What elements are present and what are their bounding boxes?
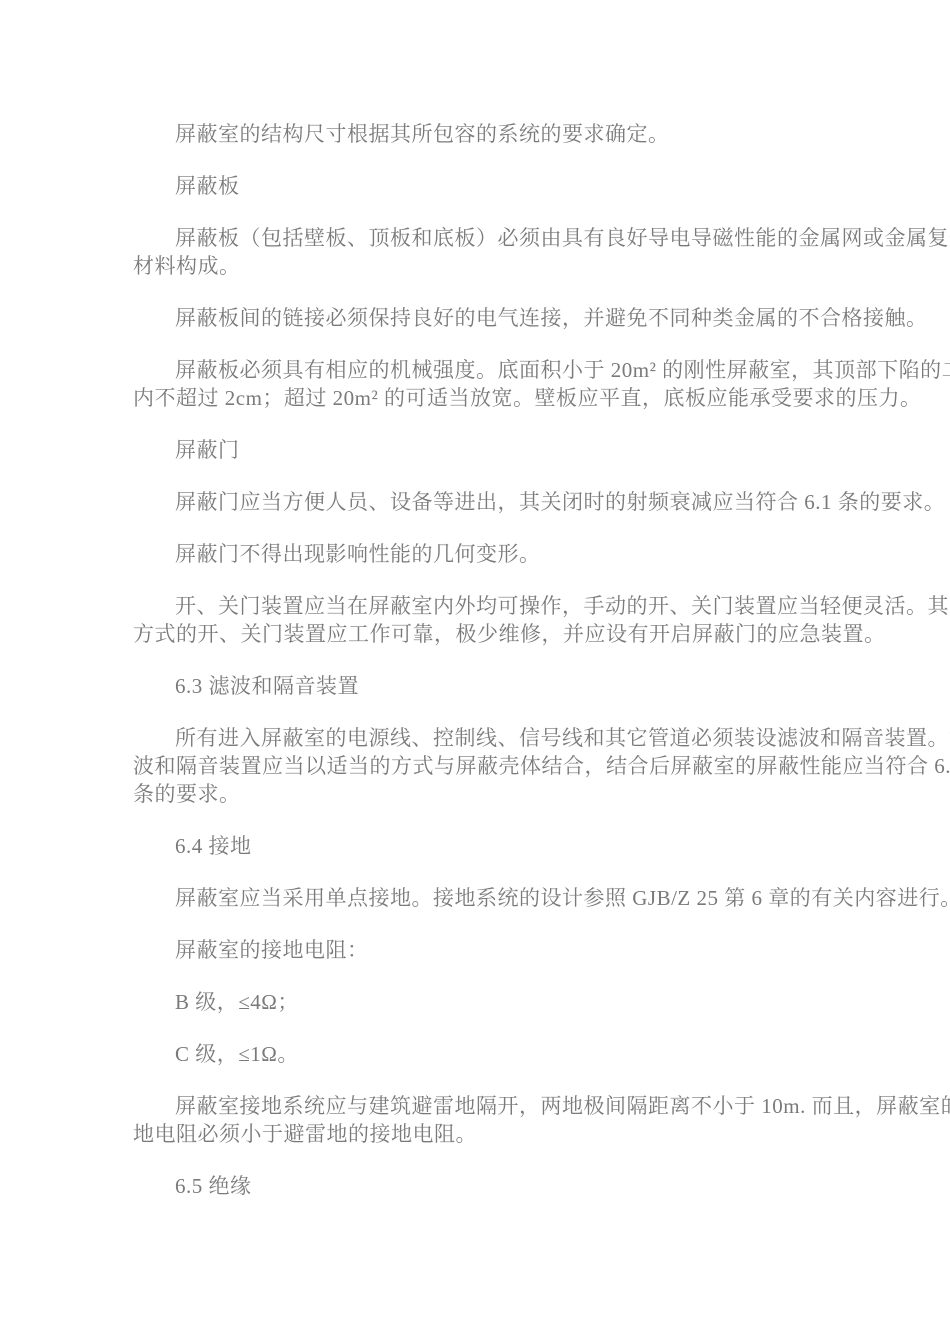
body-paragraph: 开、关门装置应当在屏蔽室内外均可操作，手动的开、关门装置应当轻便灵活。其它 方式… <box>133 592 850 648</box>
subsection-heading-shield-panel: 屏蔽板 <box>133 172 850 200</box>
paragraph-line: 内不超过 2cm；超过 20m² 的可适当放宽。壁板应平直，底板应能承受要求的压… <box>133 384 850 412</box>
paragraph-line: 屏蔽室的结构尺寸根据其所包容的系统的要求确定。 <box>133 120 850 148</box>
paragraph-line: B 级，≤4Ω； <box>133 988 850 1016</box>
body-paragraph: 屏蔽门不得出现影响性能的几何变形。 <box>133 540 850 568</box>
body-paragraph: 屏蔽室应当采用单点接地。接地系统的设计参照 GJB/Z 25 第 6 章的有关内… <box>133 884 850 912</box>
paragraph-line: 所有进入屏蔽室的电源线、控制线、信号线和其它管道必须装设滤波和隔音装置。滤 <box>133 724 850 752</box>
document-page: 屏蔽室的结构尺寸根据其所包容的系统的要求确定。 屏蔽板 屏蔽板（包括壁板、顶板和… <box>0 0 950 1344</box>
paragraph-line: 波和隔音装置应当以适当的方式与屏蔽壳体结合，结合后屏蔽室的屏蔽性能应当符合 6.… <box>133 752 850 780</box>
paragraph-line: 屏蔽室接地系统应与建筑避雷地隔开，两地极间隔距离不小于 10m. 而且，屏蔽室的… <box>133 1092 850 1120</box>
heading-line: 屏蔽板 <box>133 172 850 200</box>
section-heading-6-4: 6.4 接地 <box>133 832 850 860</box>
body-paragraph: 屏蔽室接地系统应与建筑避雷地隔开，两地极间隔距离不小于 10m. 而且，屏蔽室的… <box>133 1092 850 1148</box>
body-paragraph: 屏蔽板必须具有相应的机械强度。底面积小于 20m² 的刚性屏蔽室，其顶部下陷的二… <box>133 356 850 412</box>
body-paragraph: 屏蔽板（包括壁板、顶板和底板）必须由具有良好导电导磁性能的金属网或金属复合 材料… <box>133 224 850 280</box>
paragraph-line: 开、关门装置应当在屏蔽室内外均可操作，手动的开、关门装置应当轻便灵活。其它 <box>133 592 850 620</box>
heading-line: 屏蔽门 <box>133 436 850 464</box>
paragraph-line: 材料构成。 <box>133 252 850 280</box>
heading-line: 6.5 绝缘 <box>133 1172 850 1200</box>
paragraph-line: 屏蔽板必须具有相应的机械强度。底面积小于 20m² 的刚性屏蔽室，其顶部下陷的二… <box>133 356 850 384</box>
body-paragraph: 屏蔽板间的链接必须保持良好的电气连接，并避免不同种类金属的不合格接触。 <box>133 304 850 332</box>
paragraph-line: 屏蔽门不得出现影响性能的几何变形。 <box>133 540 850 568</box>
heading-line: 6.4 接地 <box>133 832 850 860</box>
paragraph-line: 屏蔽室应当采用单点接地。接地系统的设计参照 GJB/Z 25 第 6 章的有关内… <box>133 884 850 912</box>
paragraph-line: 条的要求。 <box>133 780 850 808</box>
body-paragraph: 屏蔽室的接地电阻： <box>133 936 850 964</box>
paragraph-line: 屏蔽门应当方便人员、设备等进出，其关闭时的射频衰减应当符合 6.1 条的要求。 <box>133 488 850 516</box>
body-paragraph: 所有进入屏蔽室的电源线、控制线、信号线和其它管道必须装设滤波和隔音装置。滤 波和… <box>133 724 850 808</box>
paragraph-line: 方式的开、关门装置应工作可靠，极少维修，并应设有开启屏蔽门的应急装置。 <box>133 620 850 648</box>
body-paragraph-grade-c: C 级，≤1Ω。 <box>133 1040 850 1068</box>
body-paragraph-grade-b: B 级，≤4Ω； <box>133 988 850 1016</box>
paragraph-line: C 级，≤1Ω。 <box>133 1040 850 1068</box>
paragraph-line: 地电阻必须小于避雷地的接地电阻。 <box>133 1120 850 1148</box>
heading-line: 6.3 滤波和隔音装置 <box>133 672 850 700</box>
body-paragraph: 屏蔽室的结构尺寸根据其所包容的系统的要求确定。 <box>133 120 850 148</box>
section-heading-6-3: 6.3 滤波和隔音装置 <box>133 672 850 700</box>
body-paragraph: 屏蔽门应当方便人员、设备等进出，其关闭时的射频衰减应当符合 6.1 条的要求。 <box>133 488 850 516</box>
subsection-heading-shield-door: 屏蔽门 <box>133 436 850 464</box>
paragraph-line: 屏蔽室的接地电阻： <box>133 936 850 964</box>
section-heading-6-5: 6.5 绝缘 <box>133 1172 850 1200</box>
paragraph-line: 屏蔽板间的链接必须保持良好的电气连接，并避免不同种类金属的不合格接触。 <box>133 304 850 332</box>
paragraph-line: 屏蔽板（包括壁板、顶板和底板）必须由具有良好导电导磁性能的金属网或金属复合 <box>133 224 850 252</box>
